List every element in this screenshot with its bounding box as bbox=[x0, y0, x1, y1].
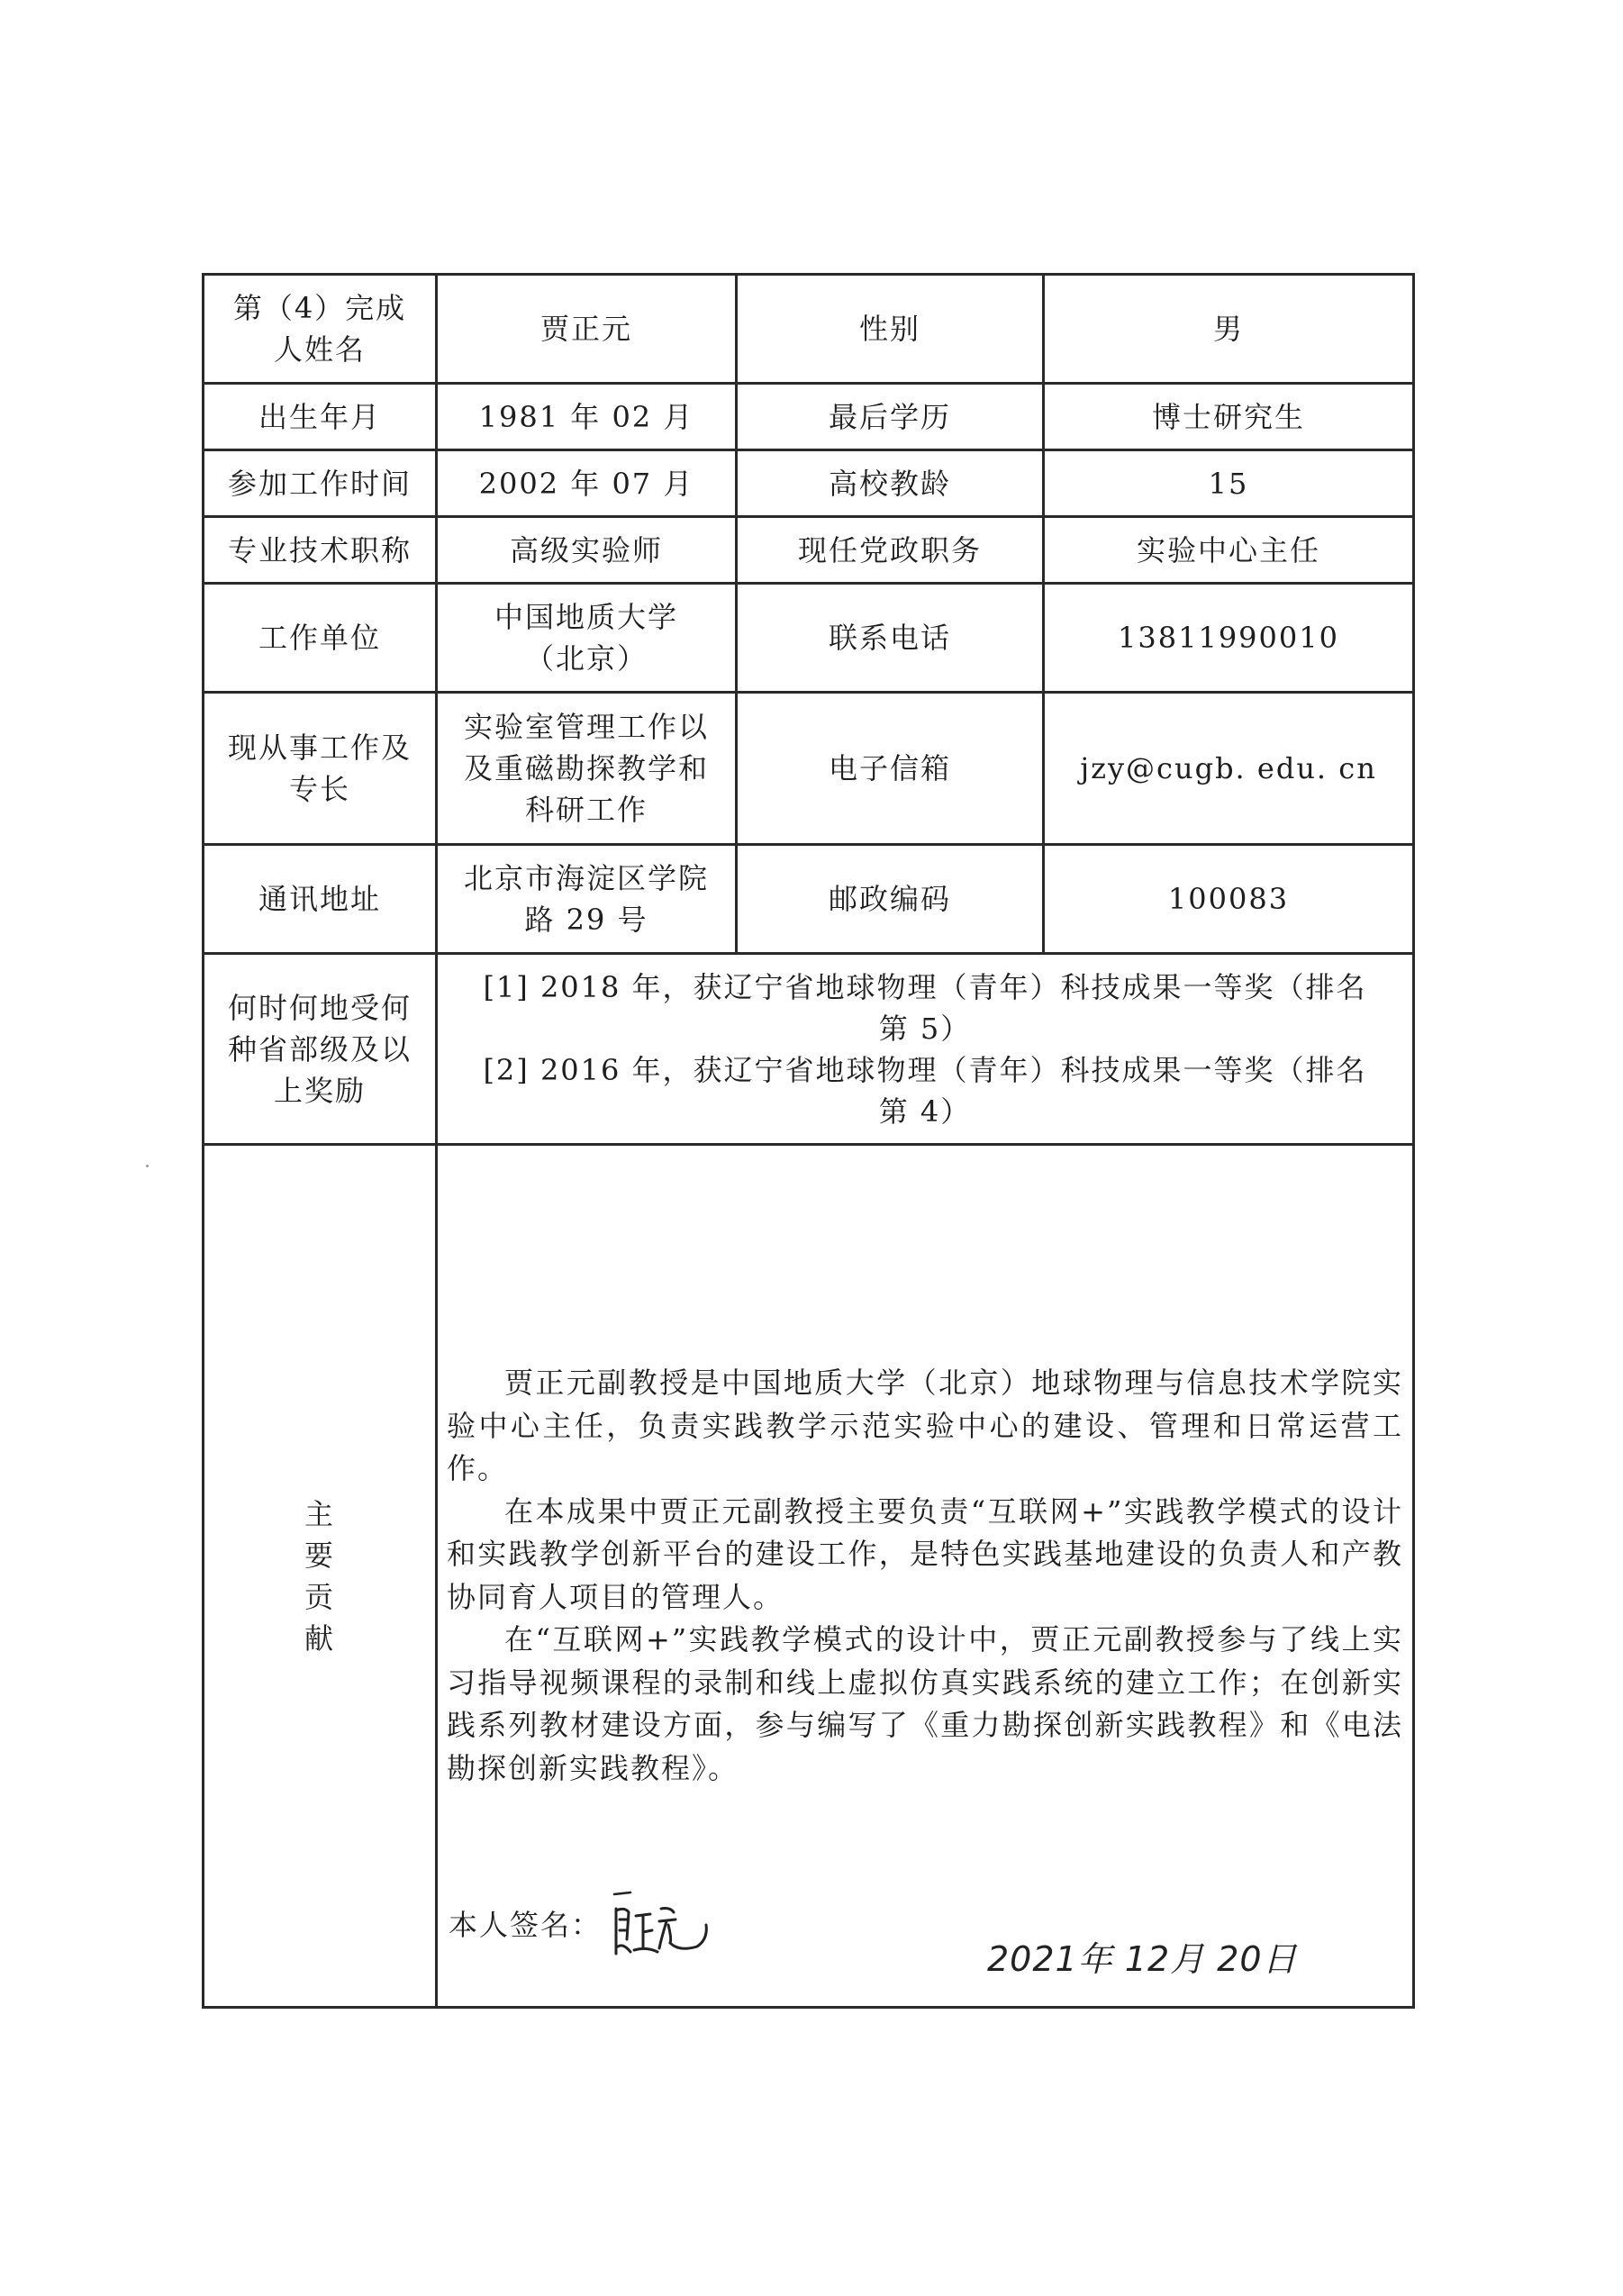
row-specialty: 现从事工作及 专长 实验室管理工作以 及重磁勘探教学和 科研工作 电子信箱 jz… bbox=[204, 693, 1414, 845]
completer-label-cell: 第（4）完成 人姓名 bbox=[204, 275, 437, 384]
employer-line2: （北京） bbox=[447, 638, 726, 679]
signature-date: 2021年 12月 20日 bbox=[987, 1938, 1298, 1980]
row-address: 通讯地址 北京市海淀区学院 路 29 号 邮政编码 100083 bbox=[204, 845, 1414, 954]
address-value: 北京市海淀区学院 路 29 号 bbox=[437, 845, 737, 954]
contribution-label: 主 要 贡 献 bbox=[204, 1145, 437, 2008]
awards-value: [1] 2018 年，获辽宁省地球物理（青年）科技成果一等奖（排名 第 5） [… bbox=[437, 954, 1414, 1145]
contribution-label-char: 要 bbox=[213, 1535, 426, 1576]
phone-label: 联系电话 bbox=[737, 584, 1044, 693]
document-page: 第（4）完成 人姓名 贾正元 性别 男 出生年月 1981 年 02 月 最后学… bbox=[0, 0, 1623, 2296]
employer-line1: 中国地质大学 bbox=[447, 596, 726, 638]
contribution-value: 贾正元副教授是中国地质大学（北京）地球物理与信息技术学院实验中心主任，负责实践教… bbox=[437, 1145, 1414, 2008]
completer-label-line1: 第（4）完成 bbox=[213, 287, 426, 329]
birth-value: 1981 年 02 月 bbox=[437, 384, 737, 450]
award-2-line1: [2] 2016 年，获辽宁省地球物理（青年）科技成果一等奖（排名 bbox=[447, 1049, 1403, 1091]
birth-label: 出生年月 bbox=[204, 384, 437, 450]
specialty-line1: 实验室管理工作以 bbox=[447, 706, 726, 748]
row-employer: 工作单位 中国地质大学 （北京） 联系电话 13811990010 bbox=[204, 584, 1414, 693]
specialty-label-line2: 专长 bbox=[213, 768, 426, 810]
teaching-years-label: 高校教龄 bbox=[737, 450, 1044, 517]
teaching-years-value: 15 bbox=[1044, 450, 1414, 517]
specialty-label-line1: 现从事工作及 bbox=[213, 727, 426, 768]
row-birth: 出生年月 1981 年 02 月 最后学历 博士研究生 bbox=[204, 384, 1414, 450]
address-label: 通讯地址 bbox=[204, 845, 437, 954]
award-1-line1: [1] 2018 年，获辽宁省地球物理（青年）科技成果一等奖（排名 bbox=[447, 966, 1403, 1008]
award-2-line2: 第 4） bbox=[447, 1091, 1403, 1132]
specialty-value: 实验室管理工作以 及重磁勘探教学和 科研工作 bbox=[437, 693, 737, 845]
work-start-value: 2002 年 07 月 bbox=[437, 450, 737, 517]
gender-label: 性别 bbox=[737, 275, 1044, 384]
awards-label-line2: 种省部级及以 bbox=[213, 1029, 426, 1070]
scan-speck bbox=[146, 1165, 149, 1167]
contribution-paragraph-2: 在本成果中贾正元副教授主要负责“互联网+”实践教学模式的设计和实践教学创新平台的… bbox=[447, 1491, 1403, 1620]
awards-label-line3: 上奖励 bbox=[213, 1070, 426, 1112]
postcode-value: 100083 bbox=[1044, 845, 1414, 954]
awards-label: 何时何地受何 种省部级及以 上奖励 bbox=[204, 954, 437, 1145]
education-value: 博士研究生 bbox=[1044, 384, 1414, 450]
row-contribution: 主 要 贡 献 贾正元副教授是中国地质大学（北京）地球物理与信息技术学院实验中心… bbox=[204, 1145, 1414, 2008]
title-label: 专业技术职称 bbox=[204, 517, 437, 584]
name-value: 贾正元 bbox=[437, 275, 737, 384]
contribution-label-char: 贡 bbox=[213, 1576, 426, 1618]
gender-value: 男 bbox=[1044, 275, 1414, 384]
work-start-label: 参加工作时间 bbox=[204, 450, 437, 517]
specialty-line2: 及重磁勘探教学和 bbox=[447, 748, 726, 789]
address-line1: 北京市海淀区学院 bbox=[447, 858, 726, 899]
email-value: jzy@cugb. edu. cn bbox=[1044, 693, 1414, 845]
employer-value: 中国地质大学 （北京） bbox=[437, 584, 737, 693]
handwritten-signature-icon bbox=[607, 1889, 733, 1961]
award-1-line2: 第 5） bbox=[447, 1008, 1403, 1049]
email-label: 电子信箱 bbox=[737, 693, 1044, 845]
contribution-label-char: 主 bbox=[213, 1493, 426, 1535]
contribution-label-char: 献 bbox=[213, 1618, 426, 1659]
employer-label: 工作单位 bbox=[204, 584, 437, 693]
signature-block: 本人签名： bbox=[449, 1889, 733, 1961]
completer-info-form: 第（4）完成 人姓名 贾正元 性别 男 出生年月 1981 年 02 月 最后学… bbox=[202, 273, 1415, 2009]
specialty-line3: 科研工作 bbox=[447, 789, 726, 830]
address-line2: 路 29 号 bbox=[447, 899, 726, 940]
row-work-start: 参加工作时间 2002 年 07 月 高校教龄 15 bbox=[204, 450, 1414, 517]
row-title: 专业技术职称 高级实验师 现任党政职务 实验中心主任 bbox=[204, 517, 1414, 584]
education-label: 最后学历 bbox=[737, 384, 1044, 450]
position-value: 实验中心主任 bbox=[1044, 517, 1414, 584]
awards-label-line1: 何时何地受何 bbox=[213, 987, 426, 1029]
row-name: 第（4）完成 人姓名 贾正元 性别 男 bbox=[204, 275, 1414, 384]
contribution-paragraph-1: 贾正元副教授是中国地质大学（北京）地球物理与信息技术学院实验中心主任，负责实践教… bbox=[447, 1362, 1403, 1491]
specialty-label: 现从事工作及 专长 bbox=[204, 693, 437, 845]
signature-label: 本人签名： bbox=[449, 1904, 602, 1946]
completer-label-line2: 人姓名 bbox=[213, 329, 426, 370]
phone-value: 13811990010 bbox=[1044, 584, 1414, 693]
row-awards: 何时何地受何 种省部级及以 上奖励 [1] 2018 年，获辽宁省地球物理（青年… bbox=[204, 954, 1414, 1145]
contribution-paragraph-3: 在“互联网+”实践教学模式的设计中，贾正元副教授参与了线上实习指导视频课程的录制… bbox=[447, 1619, 1403, 1790]
postcode-label: 邮政编码 bbox=[737, 845, 1044, 954]
title-value: 高级实验师 bbox=[437, 517, 737, 584]
position-label: 现任党政职务 bbox=[737, 517, 1044, 584]
